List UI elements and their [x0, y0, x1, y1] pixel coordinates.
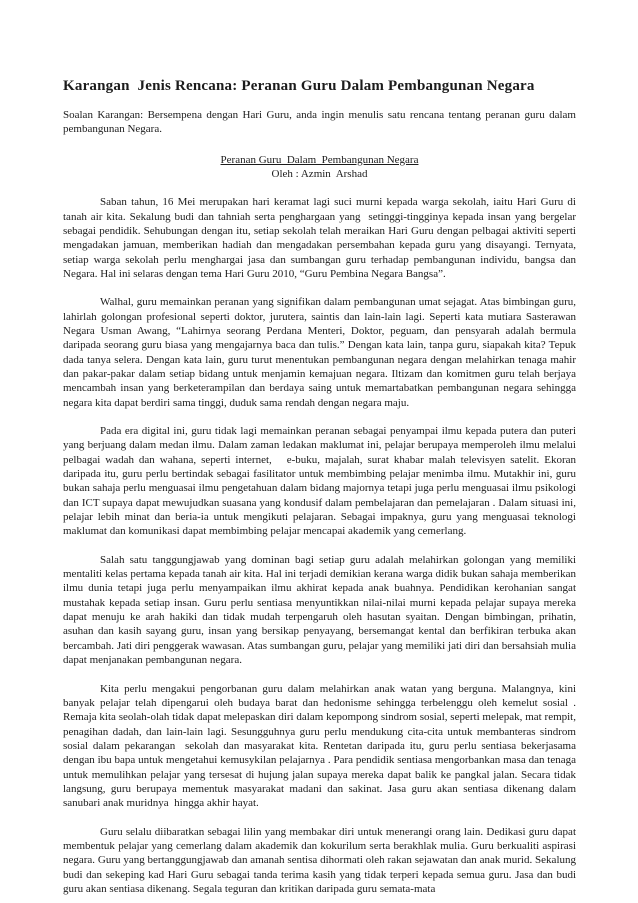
essay-paragraph: Kita perlu mengakui pengorbanan guru dal… — [63, 682, 576, 811]
essay-prompt: Soalan Karangan: Bersempena dengan Hari … — [63, 108, 576, 137]
essay-heading-text: Peranan Guru Dalam Pembangunan Negara — [221, 154, 419, 166]
essay-paragraph: Saban tahun, 16 Mei merupakan hari keram… — [63, 195, 576, 281]
essay-byline: Oleh : Azmin Arshad — [63, 167, 576, 181]
essay-body: Saban tahun, 16 Mei merupakan hari keram… — [63, 195, 576, 896]
document-page: Karangan Jenis Rencana: Peranan Guru Dal… — [0, 0, 638, 903]
essay-paragraph: Salah satu tanggungjawab yang dominan ba… — [63, 553, 576, 668]
document-title: Karangan Jenis Rencana: Peranan Guru Dal… — [63, 77, 576, 95]
essay-paragraph: Walhal, guru memainkan peranan yang sign… — [63, 295, 576, 410]
essay-heading: Peranan Guru Dalam Pembangunan Negara — [63, 153, 576, 167]
essay-paragraph: Pada era digital ini, guru tidak lagi me… — [63, 424, 576, 539]
essay-paragraph: Guru selalu diibaratkan sebagai lilin ya… — [63, 825, 576, 897]
